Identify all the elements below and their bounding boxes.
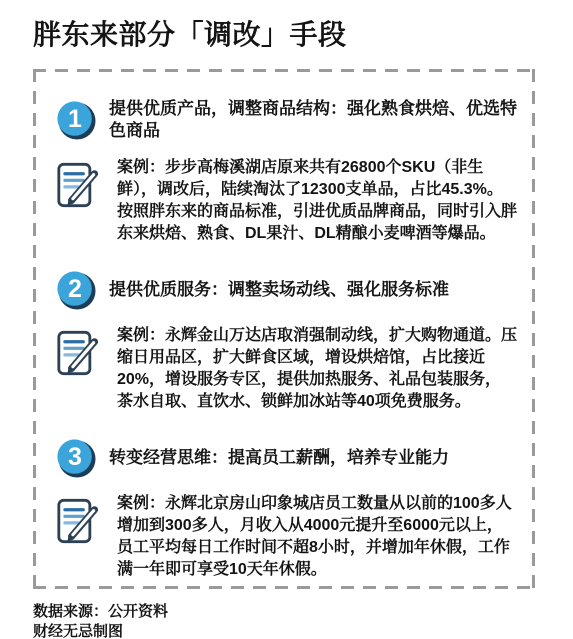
- case-row: 案例：永辉北京房山印象城店员工数量从以前的100多人增加到300多人，月收入从4…: [56, 493, 517, 581]
- footer: 数据来源：公开资料 财经无忌制图: [33, 602, 541, 639]
- reform-section-3: 3 转变经营思维：提高员工薪酬，培养专业能力: [56, 438, 517, 581]
- reform-section-1: 1 提供优质产品，调整商品结构：强化熟食烘焙、优选特色商品: [56, 98, 517, 245]
- section-header: 3 转变经营思维：提高员工薪酬，培养专业能力: [56, 438, 517, 478]
- section-heading: 提供优质服务：调整卖场动线、强化服务标准: [109, 279, 449, 301]
- data-source-line: 数据来源：公开资料: [33, 602, 541, 622]
- case-row: 案例：永辉金山万达店取消强制动线，扩大购物通道。压缩日用品区，扩大鲜食区域，增设…: [56, 325, 517, 413]
- case-text: 案例：步步高梅溪湖店原来共有26800个SKU（非生鲜），调改后，陆续淘汰了12…: [117, 157, 517, 245]
- reform-methods-box: 1 提供优质产品，调整商品结构：强化熟食烘焙、优选特色商品: [33, 69, 535, 589]
- memo-pencil-icon: [56, 159, 103, 211]
- case-row: 案例：步步高梅溪湖店原来共有26800个SKU（非生鲜），调改后，陆续淘汰了12…: [56, 157, 517, 245]
- reform-section-2: 2 提供优质服务：调整卖场动线、强化服务标准: [56, 270, 517, 413]
- section-heading: 转变经营思维：提高员工薪酬，培养专业能力: [109, 447, 449, 469]
- badge-number: 2: [68, 275, 82, 303]
- page-title: 胖东来部分「调改」手段: [33, 13, 541, 53]
- section-header: 1 提供优质产品，调整商品结构：强化熟食烘焙、优选特色商品: [56, 98, 517, 142]
- number-badge: 1: [56, 100, 96, 140]
- badge-number: 1: [68, 105, 82, 133]
- number-badge: 2: [56, 270, 96, 310]
- credit-line: 财经无忌制图: [33, 622, 541, 639]
- memo-pencil-icon: [56, 495, 103, 547]
- infographic-page: 胖东来部分「调改」手段 1 提供优质产品，调整商品结构：强化熟食烘焙、优选特色商…: [0, 0, 573, 639]
- case-text: 案例：永辉金山万达店取消强制动线，扩大购物通道。压缩日用品区，扩大鲜食区域，增设…: [117, 325, 517, 413]
- section-header: 2 提供优质服务：调整卖场动线、强化服务标准: [56, 270, 517, 310]
- badge-number: 3: [68, 443, 82, 471]
- number-badge: 3: [56, 438, 96, 478]
- case-text: 案例：永辉北京房山印象城店员工数量从以前的100多人增加到300多人，月收入从4…: [117, 493, 517, 581]
- section-heading: 提供优质产品，调整商品结构：强化熟食烘焙、优选特色商品: [109, 98, 517, 142]
- memo-pencil-icon: [56, 327, 103, 379]
